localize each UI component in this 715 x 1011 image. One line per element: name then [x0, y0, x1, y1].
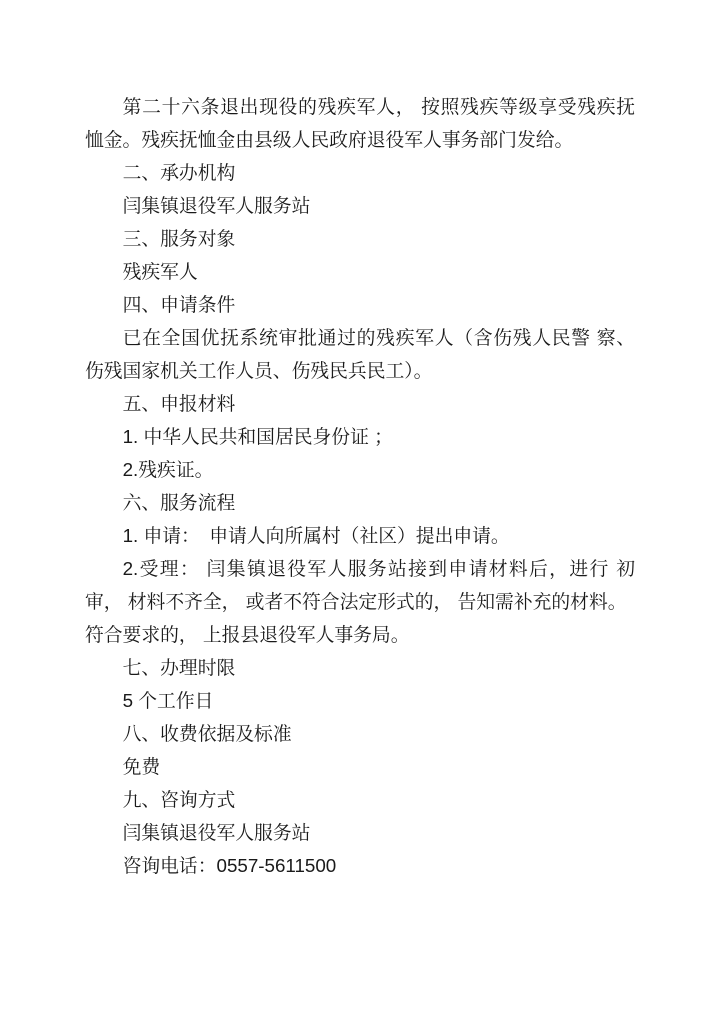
text-line: 2.受理： 闫集镇退役军人服务站接到申请材料后，进行 初 — [85, 552, 635, 585]
text-line: 免费 — [85, 750, 635, 783]
text-line: 四、申请条件 — [85, 288, 635, 321]
text-line: 符合要求的， 上报县退役军人事务局。 — [85, 618, 635, 651]
text-line: 九、咨询方式 — [85, 783, 635, 816]
document-page: 第二十六条退出现役的残疾军人， 按照残疾等级享受残疾抚恤金。残疾抚恤金由县级人民… — [0, 0, 715, 1011]
text-line: 咨询电话：0557-5611500 — [85, 849, 635, 882]
text-line: 二、承办机构 — [85, 156, 635, 189]
text-line: 三、服务对象 — [85, 222, 635, 255]
text-line: 1. 中华人民共和国居民身份证 ； — [85, 420, 635, 453]
text-line: 已在全国优抚系统审批通过的残疾军人（含伤残人民警 察、 — [85, 321, 635, 354]
text-line: 恤金。残疾抚恤金由县级人民政府退役军人事务部门发给。 — [85, 123, 635, 156]
text-line: 八、收费依据及标准 — [85, 717, 635, 750]
text-line: 2.残疾证。 — [85, 453, 635, 486]
text-line: 七、办理时限 — [85, 651, 635, 684]
text-line: 5 个工作日 — [85, 684, 635, 717]
text-line: 伤残国家机关工作人员、伤残民兵民工）。 — [85, 354, 635, 387]
text-line: 1. 申请： 申请人向所属村（社区）提出申请。 — [85, 519, 635, 552]
text-line: 六、服务流程 — [85, 486, 635, 519]
text-line: 审， 材料不齐全， 或者不符合法定形式的， 告知需补充的材料。 — [85, 585, 635, 618]
text-line: 第二十六条退出现役的残疾军人， 按照残疾等级享受残疾抚 — [85, 90, 635, 123]
text-line: 闫集镇退役军人服务站 — [85, 816, 635, 849]
text-line: 闫集镇退役军人服务站 — [85, 189, 635, 222]
text-line: 残疾军人 — [85, 255, 635, 288]
text-line: 五、申报材料 — [85, 387, 635, 420]
document-body: 第二十六条退出现役的残疾军人， 按照残疾等级享受残疾抚恤金。残疾抚恤金由县级人民… — [85, 90, 635, 882]
